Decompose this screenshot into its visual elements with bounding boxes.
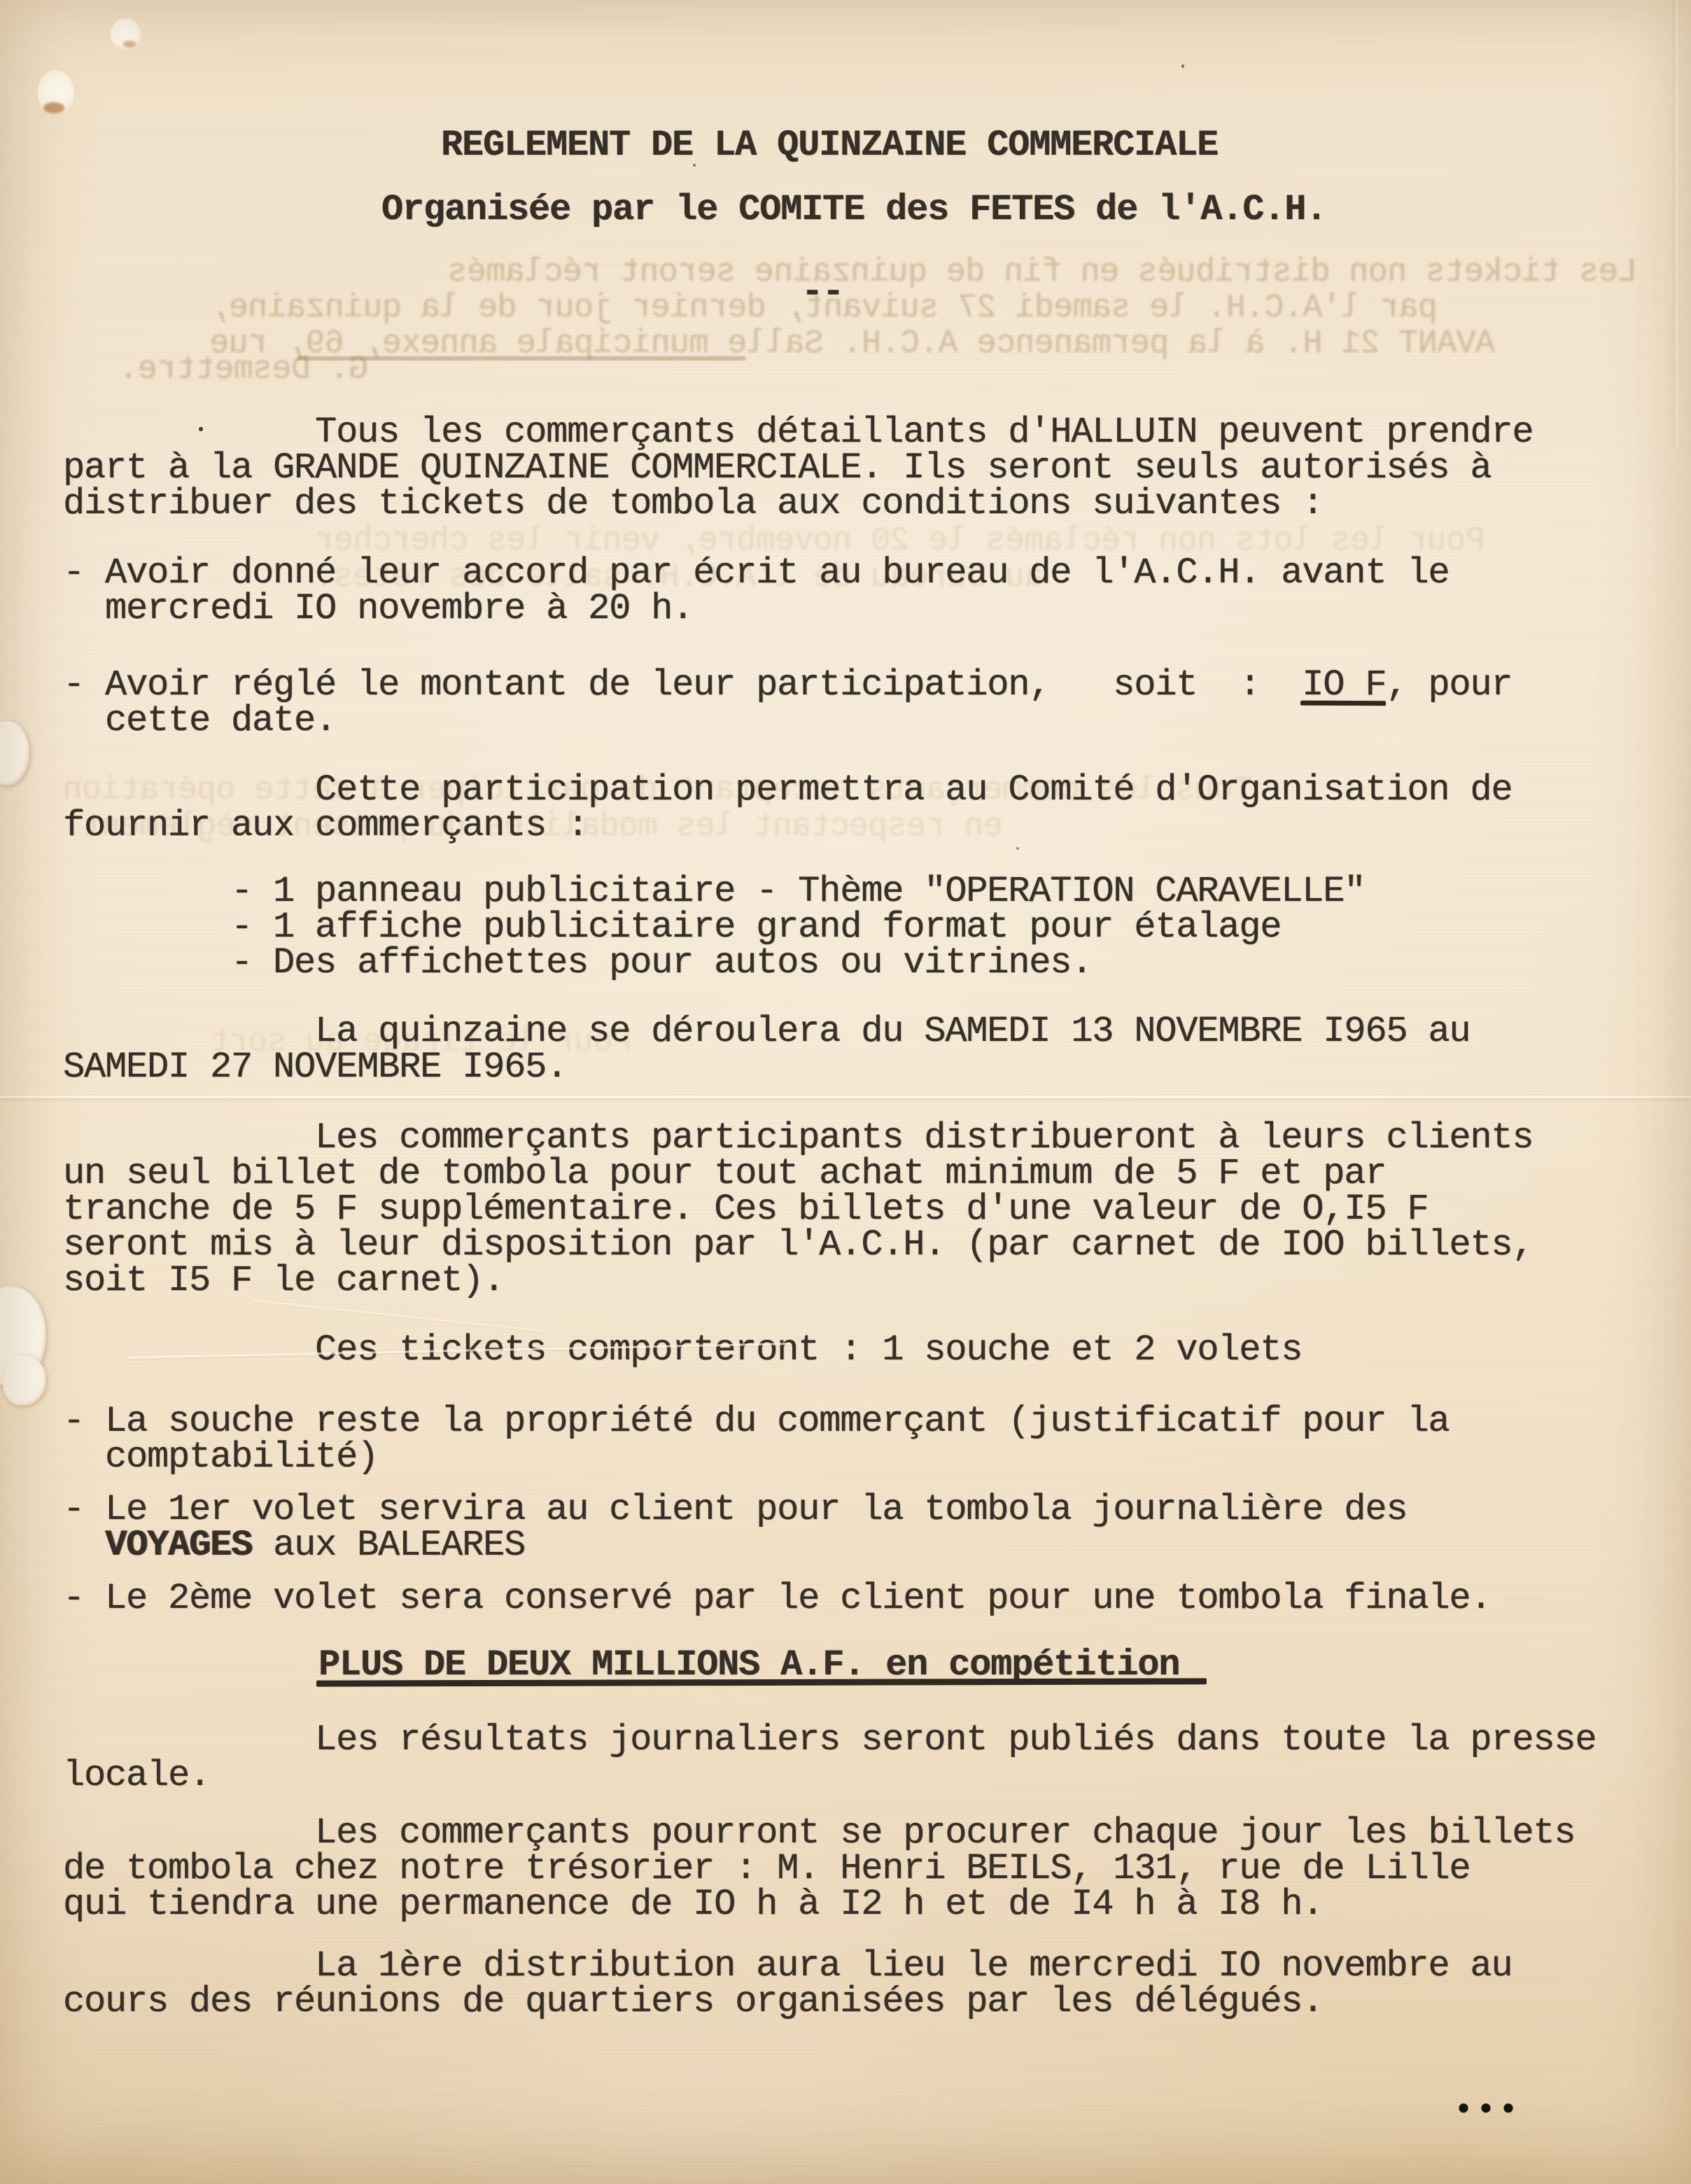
horizontal-crease: [0, 1095, 1691, 1098]
bullet-deuxieme-volet: - Le 2ème volet sera conservé par le cli…: [63, 1581, 1491, 1616]
edge-tear: [0, 721, 29, 785]
bullet-accord-ecrit: - Avoir donné leur accord par écrit au b…: [63, 555, 1449, 626]
list-materiel-publicitaire: - 1 panneau publicitaire - Thème "OPERAT…: [63, 874, 1365, 981]
rust-mark: [43, 102, 64, 113]
paragraph-billets-tombola: Les commerçants participants distribuero…: [63, 1120, 1533, 1298]
bullet-participation: - Avoir réglé le montant de leur partici…: [63, 667, 1512, 738]
rust-mark: [123, 41, 136, 48]
paragraph-tresorier: Les commerçants pourront se procurer cha…: [63, 1815, 1575, 1922]
document-subtitle: Organisée par le COMITE des FETES de l'A…: [381, 192, 1326, 227]
paragraph-dates-quinzaine: La quinzaine se déroulera du SAMEDI 13 N…: [63, 1014, 1470, 1085]
scanned-document-page: Les tickets non distribués en fin de qui…: [0, 0, 1691, 2184]
paragraph-premiere-distribution: La 1ère distribution aura lieu le mercre…: [63, 1948, 1512, 2019]
bleedthrough-underline: [297, 356, 745, 360]
paragraph-intro: Tous les commerçants détaillants d'HALLU…: [63, 414, 1533, 521]
document-title: REGLEMENT DE LA QUINZAINE COMMERCIALE: [441, 127, 1218, 163]
bullet-souche: - La souche reste la propriété du commer…: [63, 1403, 1449, 1475]
voyages-overstrike: VOYAGES: [105, 1525, 252, 1566]
continuation-dots: ●●●: [1457, 2097, 1524, 2121]
edge-tear: [3, 1355, 46, 1406]
bleedthrough-line: Les tickets non distribués en fin de qui…: [448, 256, 1637, 289]
vertical-crease: [1676, 0, 1678, 448]
ink-speck: [1016, 847, 1019, 850]
paragraph-resultats-presse: Les résultats journaliers seront publiés…: [63, 1722, 1596, 1793]
heading-deux-millions: PLUS DE DEUX MILLIONS A.F. en compétitio…: [318, 1647, 1179, 1683]
divider-dashes: --: [801, 274, 843, 310]
bleedthrough-line: AVANT 21 H. à la permanence A.C.H. Salle…: [210, 328, 1495, 360]
paragraph-participation-comite: Cette participation permettra au Comité …: [63, 772, 1512, 843]
underline-10f: [1300, 701, 1386, 706]
paragraph-tickets-composition: Ces tickets comporteront : 1 souche et 2…: [63, 1332, 1302, 1368]
ink-speck: [1181, 64, 1184, 68]
bullet-premier-volet: - Le 1er volet servira au client pour la…: [63, 1492, 1407, 1563]
wrinkle: [253, 1299, 545, 1332]
bullet-premier-volet-suite: aux BALEARES: [252, 1525, 525, 1566]
ink-speck: [199, 427, 203, 431]
ink-speck: [693, 164, 696, 167]
